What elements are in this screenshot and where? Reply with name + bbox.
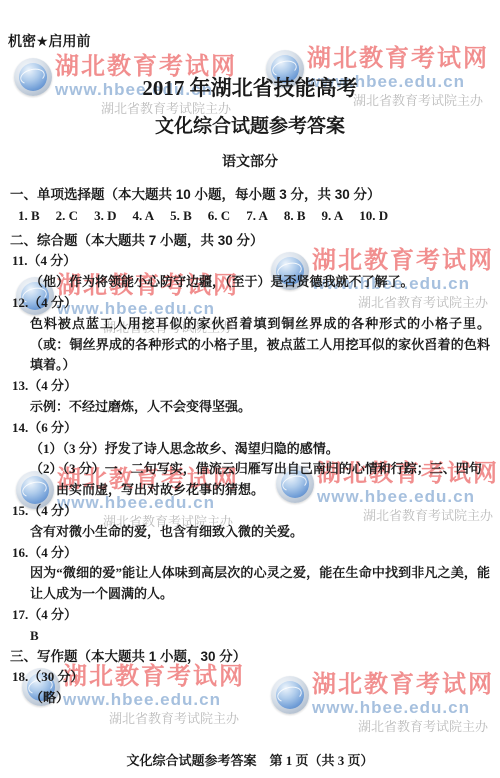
content-layer: 机密★启用前 2017 年湖北省技能高考 文化综合试题参考答案 语文部分 一、单… [0, 0, 500, 778]
answer-text: 示例：不经过磨炼，人不会变得坚强。 [30, 397, 490, 418]
section-1-heading: 一、单项选择题（本大题共 10 小题，每小题 3 分，共 30 分） [10, 185, 490, 206]
choice-answer: 10. D [359, 208, 388, 223]
choice-answer: 5. B [170, 208, 192, 223]
answer-text: （略） [30, 688, 490, 709]
item-number-line: 16.（4 分） [12, 543, 490, 564]
document-page: 湖北教育考试网www.hbee.edu.cn湖北省教育考试院主办湖北教育考试网w… [0, 0, 500, 778]
page-subtitle: 文化综合试题参考答案 [0, 115, 500, 138]
section-2-heading: 二、综合题（本大题共 7 小题，共 30 分） [10, 231, 490, 252]
answer-text: （2）（3 分）一、二句写实，借流云归雁写出自己南归的心情和行踪；三、四句由实而… [30, 459, 490, 501]
answer-body: 一、单项选择题（本大题共 10 小题，每小题 3 分，共 30 分）1. B2.… [10, 185, 490, 709]
choice-answer: 4. A [132, 208, 154, 223]
section-3-heading: 三、写作题（本大题共 1 小题，30 分） [10, 647, 490, 668]
answer-text: B [30, 626, 490, 647]
item-number-line: 15.（4 分） [12, 501, 490, 522]
item-number-line: 18.（30 分） [12, 667, 490, 688]
item-number-line: 11.（4 分） [12, 251, 490, 272]
choice-answer: 6. C [208, 208, 230, 223]
item-number-line: 13.（4 分） [12, 376, 490, 397]
answer-text: （他）作为将领能小心防守边疆，（至于）是否贤德我就不了解了。 [30, 272, 490, 293]
choice-answer: 1. B [18, 208, 40, 223]
answer-text: （1）（3 分）抒发了诗人思念故乡、渴望归隐的感情。 [30, 439, 490, 460]
choice-answer: 9. A [322, 208, 344, 223]
page-title: 2017 年湖北省技能高考 [0, 76, 500, 101]
answer-text: 因为“微细的爱”能让人体味到高层次的心灵之爱，能在生命中找到非凡之美，能让人成为… [30, 563, 490, 605]
item-number-line: 14.（6 分） [12, 418, 490, 439]
choice-answer: 2. C [56, 208, 78, 223]
subject-section-label: 语文部分 [0, 153, 500, 170]
answer-text: 含有对微小生命的爱，也含有细致入微的关爱。 [30, 522, 490, 543]
classification-label: 机密★启用前 [8, 33, 500, 50]
choice-answer: 3. D [94, 208, 116, 223]
item-number-line: 17.（4 分） [12, 605, 490, 626]
item-number-line: 12.（4 分） [12, 293, 490, 314]
page-footer: 文化综合试题参考答案 第 1 页（共 3 页） [0, 753, 500, 769]
choice-answer: 8. B [284, 208, 306, 223]
choice-answer: 7. A [246, 208, 268, 223]
multiple-choice-answers: 1. B2. C3. D4. A5. B6. C7. A8. B9. A10. … [18, 206, 490, 227]
answer-text: 色料被点蓝工人用挖耳似的家伙舀着填到铜丝界成的各种形式的小格子里。（或：铜丝界成… [30, 314, 490, 376]
